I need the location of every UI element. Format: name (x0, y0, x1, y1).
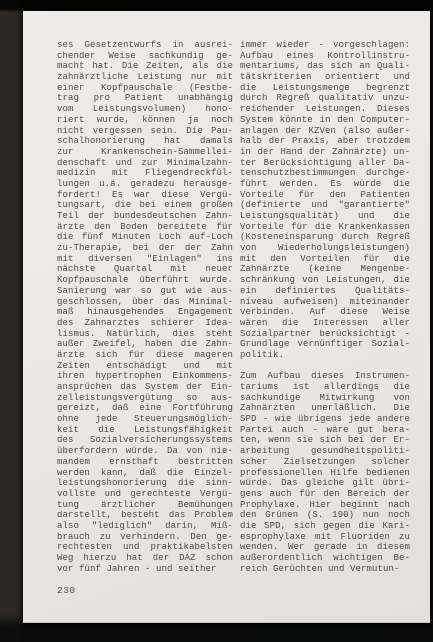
text-line: ansprüchen das System der Ein- (57, 382, 233, 393)
text-line: überfordern würde. Da von nie- (57, 446, 233, 457)
text-line: vollste und gerechteste Vergü- (57, 489, 233, 500)
text-line: von Wiederholungsleistungen) (240, 243, 410, 254)
text-line: politik. (240, 350, 410, 361)
text-line: sachkundige Mitwirkung von (240, 393, 410, 404)
text-line: ses Gesetzentwurfs in ausrei- (57, 40, 233, 51)
text-line: ter Berücksichtigung aller Da- (240, 158, 410, 169)
text-line: chender Weise sachkundig ge- (57, 51, 233, 62)
text-line: professionellen Hilfe bedienen (240, 468, 410, 479)
text-line: ohne jede Steuerungsmöglich- (57, 414, 233, 425)
paragraph: ses Gesetzentwurfs in ausrei-chender Wei… (57, 40, 233, 574)
text-line: darstellt, besteht das Problem (57, 510, 233, 521)
text-line: niveau aufweisen) miteinander (240, 297, 410, 308)
text-line: Weg hierzu hat der DAZ schon (57, 553, 233, 564)
text-line: außer Zweifel, haben die Zahn- (57, 339, 233, 350)
text-line: Aufbau eines Kontrollinstru- (240, 51, 410, 62)
text-line: gens auch für den Bereich der (240, 489, 410, 500)
text-line: Sanierung war so gut wie aus- (57, 286, 233, 297)
text-line: Zum Aufbau dieses Instrumen- (240, 371, 410, 382)
text-line: in der Hand der Zahnärzte) un- (240, 147, 410, 158)
page-number: 230 (57, 585, 76, 596)
text-line: lungen u.ä. geradezu herausge- (57, 179, 233, 190)
text-line: lismus. Natürlich, dies steht (57, 329, 233, 340)
text-line: Kopfpauschale überführt wurde. (57, 275, 233, 286)
text-line: ten, wenn sie sich bei der Er- (240, 435, 410, 446)
text-line: ärzte den Boden bereitete für (57, 222, 233, 233)
text-line: werden kann, daß die Einzel- (57, 468, 233, 479)
text-line: trag pro Patient unabhängig (57, 93, 233, 104)
text-line: Prophylaxe. Hier beginnt nach (240, 500, 410, 511)
text-line: zahnärztliche Leistung nur mit (57, 72, 233, 83)
text-line: reichender Leistungen. Dieses (240, 104, 410, 115)
text-line: außerordentlich wichtigen Be- (240, 553, 410, 564)
text-line: (definierte und "garantierte" (240, 200, 410, 211)
text-line: den Grünen (S. 190) nun noch (240, 510, 410, 521)
text-line: vom Leistungsvolumen) hono- (57, 104, 233, 115)
text-line: verbinden. Auf diese Weise (240, 307, 410, 318)
text-line: schalhonorierung hat damals (57, 136, 233, 147)
text-line: die Leistungsmenge begrenzt (240, 83, 410, 94)
text-line: würde. Das gleiche gilt übri- (240, 478, 410, 489)
text-line: mit den Vorteilen für die (240, 254, 410, 265)
text-line: schränkung von Leistungen, die (240, 275, 410, 286)
text-line: zur Krankenschein-Sammellei- (57, 147, 233, 158)
text-line: anlagen der KZVen (also außer- (240, 126, 410, 137)
text-line: halb der Praxis, aber trotzdem (240, 136, 410, 147)
text-line: tung ärztlicher Bemühungen (57, 500, 233, 511)
text-line: wären die Interessen aller (240, 318, 410, 329)
text-line: mit diversen "Einlagen" ins (57, 254, 233, 265)
text-column-left: ses Gesetzentwurfs in ausrei-chender Wei… (57, 40, 233, 574)
text-line: esprophylaxe mit Fluoriden zu (240, 532, 410, 543)
text-line: Grundlage vernünftiger Sozial- (240, 339, 410, 350)
text-line: (Kosteneinsparung durch Regreß (240, 232, 410, 243)
text-line: nicht vergessen sein. Die Pau- (57, 126, 233, 137)
text-line: System könnte in den Computer- (240, 115, 410, 126)
text-line: die fünf Minuten Loch auf-Loch (57, 232, 233, 243)
paragraph: immer wieder - vorgeschlagen:Aufbau eine… (240, 40, 410, 361)
text-line: rechtesten und praktikabelsten (57, 542, 233, 553)
text-line: leistungshonorierung die sinn- (57, 478, 233, 489)
text-line: Leistungsqualität) und die (240, 211, 410, 222)
text-line: wenden. Wer gerade in diesem (240, 542, 410, 553)
text-line: brauch zu verhindern. Den ge- (57, 532, 233, 543)
text-line: geschlossen, über das Minimal- (57, 297, 233, 308)
book-page: ses Gesetzentwurfs in ausrei-chender Wei… (23, 11, 430, 623)
text-line: einer Kopfpauschale (Festbe- (57, 83, 233, 94)
text-line: riert wurde, können ja noch (57, 115, 233, 126)
text-line: Zahnärzten unerläßlich. Die (240, 403, 410, 414)
text-line: tariums ist allerdings die (240, 382, 410, 393)
text-line: die SPD, sich gegen die Kari- (240, 521, 410, 532)
text-line: also "lediglich" darin, Miß- (57, 521, 233, 532)
text-line: gereizt, daß eine Fortführung (57, 403, 233, 414)
text-line: arbeitung gesundheitspoliti- (240, 446, 410, 457)
text-line: durch Regreß qualitativ unzu- (240, 93, 410, 104)
text-line: mandem ernsthaft bestritten (57, 457, 233, 468)
text-line: maß hinausgehendes Engagement (57, 307, 233, 318)
text-line: tungsart, die bei einem großen (57, 200, 233, 211)
text-area: ses Gesetzentwurfs in ausrei-chender Wei… (57, 40, 410, 574)
paragraph: Zum Aufbau dieses Instrumen-tariums ist … (240, 371, 410, 574)
text-line: mentariums, das sich an Quali- (240, 61, 410, 72)
text-line: fordert! Es war diese Vergü- (57, 190, 233, 201)
text-line: scher Zielsetzungen solcher (240, 457, 410, 468)
text-line: macht hat. Die Zeiten, als die (57, 61, 233, 72)
text-line: ärzte sich für diese mageren (57, 350, 233, 361)
text-line: SPD - wie übrigens jede andere (240, 414, 410, 425)
text-line: zelleistungsvergütung so aus- (57, 393, 233, 404)
text-line: Vorteile für die Krankenkassen (240, 222, 410, 233)
text-line: zu-Therapie, bei der der Zahn (57, 243, 233, 254)
text-line: nächste Quartal mit neuer (57, 264, 233, 275)
text-line: ihren hypertrophen Einkommens- (57, 371, 233, 382)
text-line: Vorteile für den Patienten (240, 190, 410, 201)
text-line: medizin mit Fliegendreckfül- (57, 168, 233, 179)
text-line: Zeiten entschädigt und mit (57, 361, 233, 372)
text-line: keit die Leistungsfähigkeit (57, 425, 233, 436)
text-line: tenschutzbestimmungen durchge- (240, 168, 410, 179)
text-line: reich Gerüchten und Vermutun- (240, 564, 410, 575)
text-column-right: immer wieder - vorgeschlagen:Aufbau eine… (240, 40, 410, 574)
text-line: vor fünf Jahren - und seither (57, 564, 233, 575)
text-line: führt werden. Es würde die (240, 179, 410, 190)
text-line: des Sozialversicherungssystems (57, 435, 233, 446)
text-line: Partei auch - wäre gut bera- (240, 425, 410, 436)
text-line: immer wieder - vorgeschlagen: (240, 40, 410, 51)
text-line: tätskriterien orientiert und (240, 72, 410, 83)
text-line: des Zahnarztes schierer Idea- (57, 318, 233, 329)
text-line: Teil der bundesdeutschen Zahn- (57, 211, 233, 222)
text-line: Sozialpartner berücksichtigt - (240, 329, 410, 340)
text-line: denschaft und zur Minimalzahn- (57, 158, 233, 169)
text-line: Zahnärzte (keine Mengenbe- (240, 264, 410, 275)
text-line: ein definiertes Qualitäts- (240, 286, 410, 297)
